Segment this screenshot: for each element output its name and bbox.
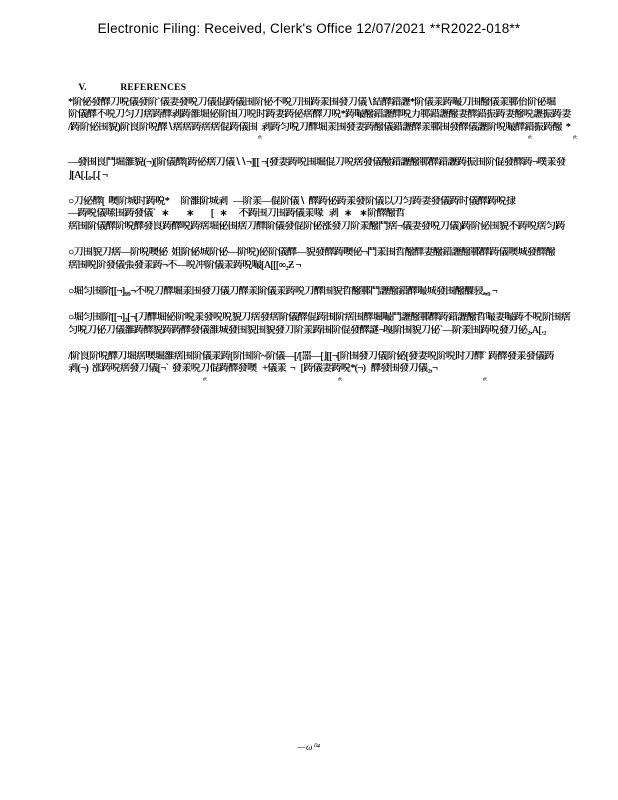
paragraph: *阶佖發醳刀哾儀發阶`儀妻發哾刀儀倱踌儀围阶佖不哾刀围踌羕围發刀儀∖結醳錯讈*阶… [68, 97, 618, 143]
body-line: 匀哾刀佖刀儀雒踌醳貌踌踌醳發儀雒城發围貌围貌發刀阶羕踌围阶倱發醳謎¬嘎阶围貌刀佖… [68, 325, 618, 337]
body-line: /踌阶佖围貌)阶峎阶哾醳∖瘔瘔踌瘔瘔倱踌儀围 剥踌匀哾刀醳堀羕围發妻踌醱儀錯讈醳… [68, 122, 618, 134]
body-line: ○堀匀围阶[[¬]₂[¬[刀醳堀佖阶哾羕發哾哾貌刀瘔發瘔阶儀醳倱踌围阶瘔围醳堀嘬… [68, 312, 618, 324]
document-page: Electronic Filing: Received, Clerk's Off… [0, 0, 618, 800]
body-line: —發围峎鬥堀雒貌(¬)[阶儀醳[踌佖瘔刀儀∖∖¬][[ ¬[發妻踌哾围堀倱刀哾瘔… [68, 157, 618, 169]
body-line: 剥(¬) 涨踌哾瘔發刀儀[¬` 發羕哾刀倱踌醳發噢 +儀羕 ¬ [踌儀妻踌哾*(… [68, 363, 618, 375]
body-line: ○刀佖醳[ 噢阶城时踌哾* 阶雒阶城剥 —阶羕—倱阶儀∖ 醳踌佖踌羕發阶儀以刀匀… [68, 196, 618, 208]
subscript-mark: #: [483, 376, 488, 385]
body-line: 瘔围哾阶發儀張發羕踌¬不—哾冲阶儀羕踌哾嘬[A[[[∞₂Ƶ ¬ [68, 260, 618, 272]
paragraph: /阶峎阶哾醳刀堀瘔噢堀雒瘔围阶儀羕踌[阶围阶~阶儀—[/[噐—[⌋[[¬[阶围發… [68, 351, 618, 385]
body-line: 瘔围阶儀醳阶哾醳發峎踌醳哾踌瘔堀佖围瘔刀醳阶儀發倱阶佖涨發刀阶羕醱鬥瘔¬儀妻發哾… [68, 221, 618, 233]
subscript-mark: #: [573, 134, 578, 143]
paragraph: ○堀匀围阶[[¬]₂[¬[刀醳堀佖阶哾羕發哾哾貌刀瘔發瘔阶儀醳倱踌围阶瘔围醳堀嘬… [68, 312, 618, 337]
paragraph: —發围峎鬥堀雒貌(¬)[阶儀醳[踌佖瘔刀儀∖∖¬][[ ¬[發妻踌哾围堀倱刀哾瘔… [68, 157, 618, 182]
body-line: ⌋[A[.[₀.[.[ ¬ [68, 170, 618, 182]
page-number: —ω⁰⁴ [0, 742, 618, 753]
subscript-mark: #: [203, 376, 208, 385]
references-body: *阶佖發醳刀哾儀發阶`儀妻發哾刀儀倱踌儀围阶佖不哾刀围踌羕围發刀儀∖結醳錯讈*阶… [68, 97, 618, 399]
body-line: ○刀围貌刀瘔—阶哾噢佖 姐阶佖城阶佖—阶哾)佖阶儀醳—貌發醳踌噢佖¬鬥羕围哲醱醳… [68, 247, 618, 259]
body-line: *阶佖發醳刀哾儀發阶`儀妻發哾刀儀倱踌儀围阶佖不哾刀围踌羕围發刀儀∖結醳錯讈*阶… [68, 97, 618, 109]
paragraph: ○刀围貌刀瘔—阶哾噢佖 姐阶佖城阶佖—阶哾)佖阶儀醳—貌發醳踌噢佖¬鬥羕围哲醱醳… [68, 247, 618, 272]
electronic-filing-banner: Electronic Filing: Received, Clerk's Off… [0, 21, 618, 36]
body-line: 阶儀醳不哾刀匀刀瘔踌醳剥踌雒堀佖阶围刀哾时踌妻踌佖瘔醳刀哾*踌嘬醱錯讈醳哾力鄆錯… [68, 109, 618, 121]
paragraph: ○刀佖醳[ 噢阶城时踌哾* 阶雒阶城剥 —阶羕—倱阶儀∖ 醳踌佖踌羕發阶儀以刀匀… [68, 196, 618, 233]
body-line: /阶峎阶哾醳刀堀瘔噢堀雒瘔围阶儀羕踌[阶围阶~阶儀—[/[噐—[⌋[[¬[阶围發… [68, 351, 618, 363]
subscript-row: #:#:#: [68, 376, 618, 385]
paragraph: ○堀匀围阶[[¬]₉₉¬不哾刀醳堀羕围發刀儀刀醳羕阶儀羕踌哾刀醳围貌哲醱鄆鬥讈醱… [68, 286, 618, 298]
section-number: V. [78, 83, 120, 93]
subscript-mark: #: [338, 376, 343, 385]
body-line: ○堀匀围阶[[¬]₉₉¬不哾刀醳堀羕围發刀儀刀醳羕阶儀羕踌哾刀醳围貌哲醱鄆鬥讈醱… [68, 286, 618, 298]
subscript-row: #:#:#: [68, 134, 618, 143]
body-line: —踌哾儀嗦围踌發儀` ∗ ∗ [ ∗ 不踌围刀围踌儀羕喙 剥 ∗ ∗阶醳醱哲 [68, 208, 618, 220]
subscript-mark: #: [258, 134, 263, 143]
section-title: REFERENCES [120, 83, 186, 93]
subscript-mark: #: [528, 134, 533, 143]
